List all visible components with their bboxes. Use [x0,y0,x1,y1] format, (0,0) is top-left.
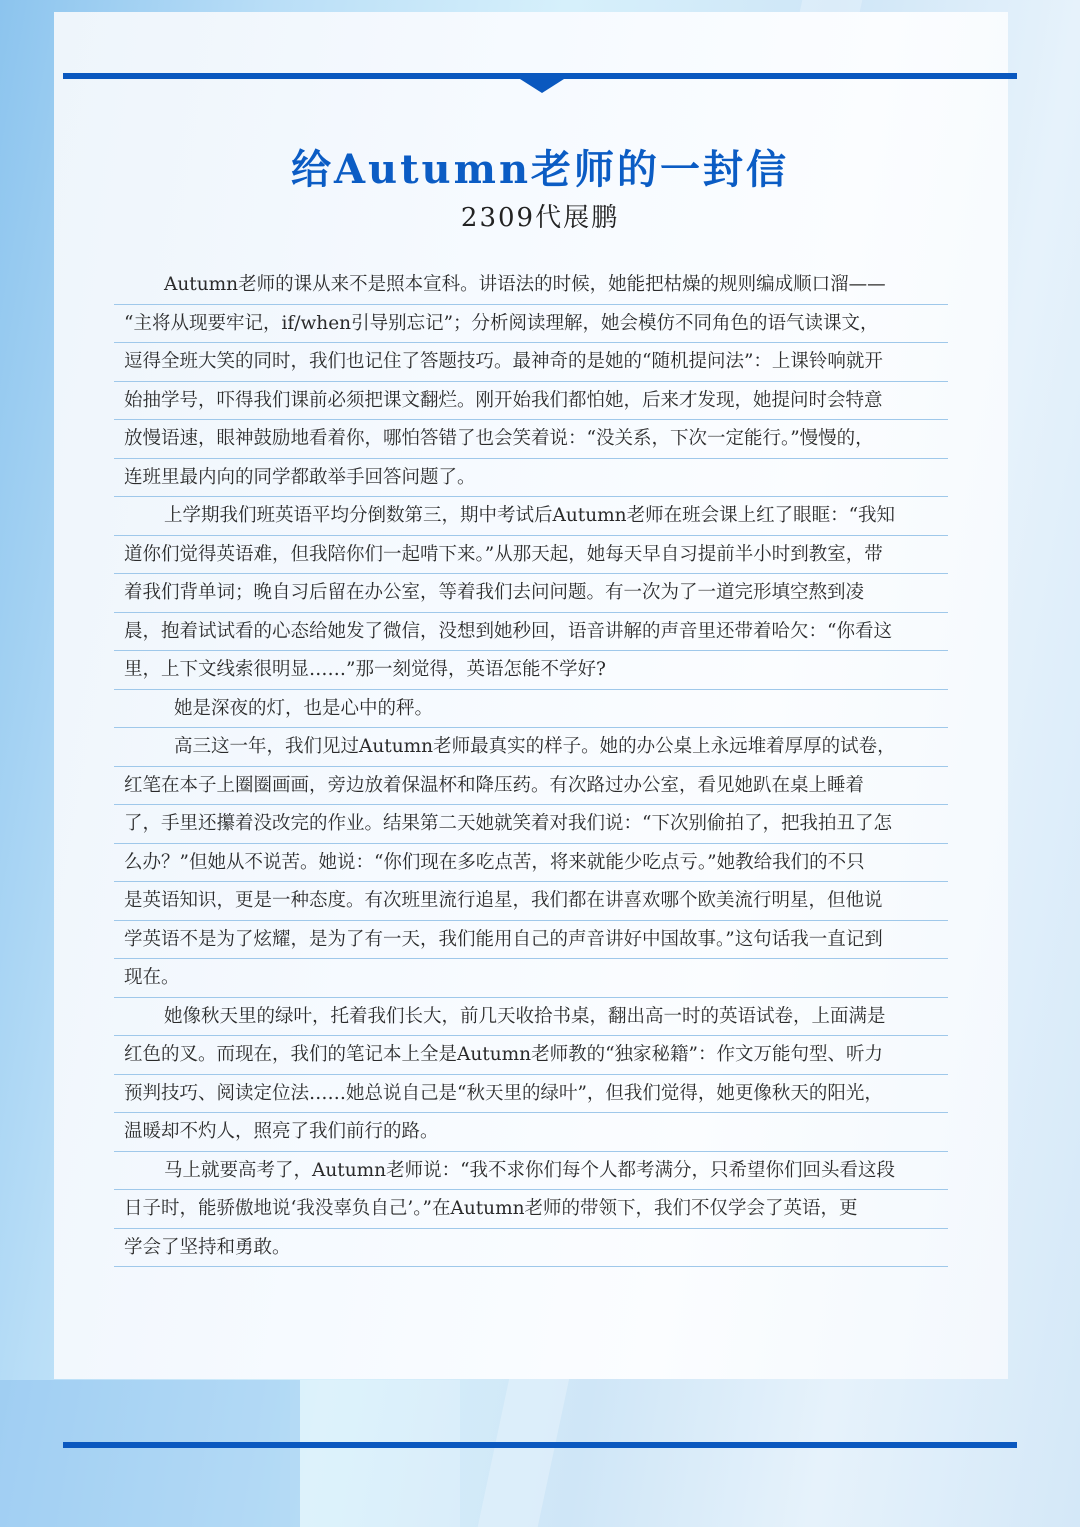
letter-line: 连班里最内向的同学都敢举手回答问题了。 [114,459,948,498]
letter-line: 高三这一年，我们见过Autumn老师最真实的样子。她的办公桌上永远堆着厚厚的试卷… [114,728,948,767]
letter-line: 上学期我们班英语平均分倒数第三，期中考试后Autumn老师在班会课上红了眼眶：“… [114,497,948,536]
letter-line: 逗得全班大笑的同时，我们也记住了答题技巧。最神奇的是她的“随机提问法”：上课铃响… [114,343,948,382]
letter-line: 学会了坚持和勇敢。 [114,1229,948,1268]
letter-line: 日子时，能骄傲地说‘我没辜负自己’。”在Autumn老师的带领下，我们不仅学会了… [114,1190,948,1229]
letter-line: 始抽学号，吓得我们课前必须把课文翻烂。刚开始我们都怕她，后来才发现，她提问时会特… [114,382,948,421]
letter-line: 是英语知识，更是一种态度。有次班里流行追星，我们都在讲喜欢哪个欧美流行明星，但他… [114,882,948,921]
background-shape [0,1380,300,1527]
letter-line: 里，上下文线索很明显……”那一刻觉得，英语怎能不学好? [114,651,948,690]
letter-author: 2309代展鹏 [0,197,1080,234]
triangle-marker-icon [520,79,564,93]
letter-line: 她是深夜的灯，也是心中的秤。 [114,690,948,729]
letter-line: 马上就要高考了，Autumn老师说：“我不求你们每个人都考满分，只希望你们回头看… [114,1152,948,1191]
letter-line: 么办？”但她从不说苦。她说：“你们现在多吃点苦，将来就能少吃点亏。”她教给我们的… [114,844,948,883]
letter-line: 温暖却不灼人，照亮了我们前行的路。 [114,1113,948,1152]
letter-line: 预判技巧、阅读定位法……她总说自己是“秋天里的绿叶”，但我们觉得，她更像秋天的阳… [114,1075,948,1114]
letter-line: 红笔在本子上圈圈画画，旁边放着保温杯和降压药。有次路过办公室，看见她趴在桌上睡着 [114,767,948,806]
bottom-divider [63,1442,1017,1448]
letter-line: 她像秋天里的绿叶，托着我们长大，前几天收拾书桌，翻出高一时的英语试卷，上面满是 [114,998,948,1037]
letter-line: 晨，抱着试试看的心态给她发了微信，没想到她秒回，语音讲解的声音里还带着哈欠：“你… [114,613,948,652]
letter-line: 了，手里还攥着没改完的作业。结果第二天她就笑着对我们说：“下次别偷拍了，把我拍丑… [114,805,948,844]
letter-line: 现在。 [114,959,948,998]
letter-line: “主将从现要牢记，if/when引导别忘记”；分析阅读理解，她会模仿不同角色的语… [114,305,948,344]
letter-body: Autumn老师的课从来不是照本宣科。讲语法的时候，她能把枯燥的规则编成顺口溜—… [114,266,948,1267]
letter-line: 道你们觉得英语难，但我陪你们一起啃下来。”从那天起，她每天早自习提前半小时到教室… [114,536,948,575]
letter-line: 放慢语速，眼神鼓励地看着你，哪怕答错了也会笑着说：“没关系，下次一定能行。”慢慢… [114,420,948,459]
background-shape [300,1380,460,1527]
letter-title: 给Autumn老师的一封信 [0,138,1080,195]
letter-line: 红色的叉。而现在，我们的笔记本上全是Autumn老师教的“独家秘籍”：作文万能句… [114,1036,948,1075]
letter-line: 学英语不是为了炫耀，是为了有一天，我们能用自己的声音讲好中国故事。”这句话我一直… [114,921,948,960]
letter-line: Autumn老师的课从来不是照本宣科。讲语法的时候，她能把枯燥的规则编成顺口溜—… [114,266,948,305]
letter-line: 着我们背单词；晚自习后留在办公室，等着我们去问问题。有一次为了一道完形填空熬到凌 [114,574,948,613]
